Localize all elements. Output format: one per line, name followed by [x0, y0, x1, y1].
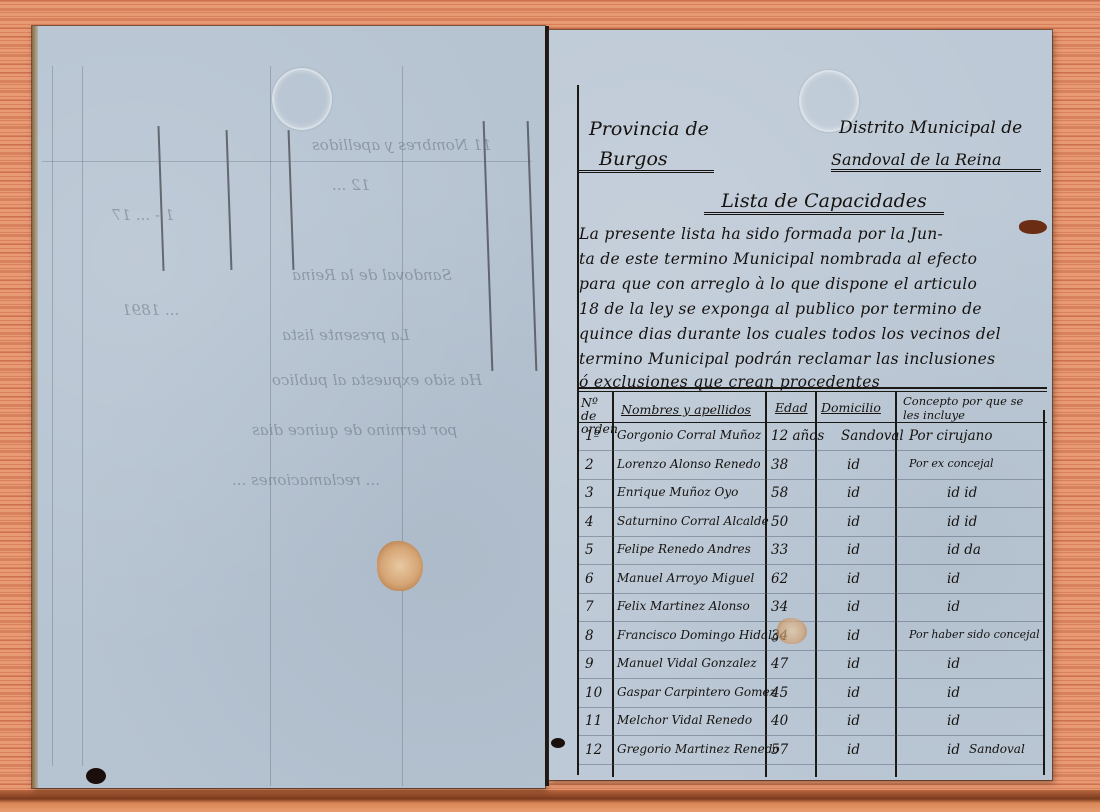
row-rule	[579, 564, 1043, 565]
row-rule	[579, 479, 1043, 480]
row-rule	[579, 593, 1043, 594]
embossed-seal-icon	[272, 68, 332, 130]
row-domicile: id	[847, 514, 860, 530]
wood-surface-edge	[0, 790, 1100, 812]
rust-stain	[777, 618, 807, 644]
province-name: Burgos	[579, 148, 714, 173]
row-domicile: id	[847, 599, 860, 615]
row-name: Gregorio Martinez Renedo	[617, 742, 780, 756]
row-rule	[579, 707, 1043, 708]
faint-rule	[42, 161, 532, 162]
pencil-rule	[52, 66, 53, 766]
row-rule	[579, 735, 1043, 736]
bleed-through-text: ... 1891	[122, 301, 179, 319]
header-age: Edad	[775, 400, 808, 415]
header-domicile: Domicilio	[821, 400, 881, 415]
bleed-through-text: 12 ...	[332, 176, 370, 194]
row-domicile: id	[847, 542, 860, 558]
bleed-through-text: La presente lista	[282, 326, 410, 344]
row-rule	[579, 536, 1043, 537]
row-age: 50	[771, 514, 788, 530]
row-number: 11	[585, 713, 602, 729]
bleed-through-text: Ha sido expuesta al publico	[272, 371, 482, 389]
row-age: 38	[771, 457, 788, 473]
row-concept: Por cirujano	[909, 428, 993, 444]
header-concept: Concepto por que se les incluye	[903, 394, 1038, 422]
bleed-through-text: 11 Nombres y apellidos	[312, 136, 492, 154]
row-concept: id	[947, 685, 960, 701]
row-domicile: id	[847, 713, 860, 729]
row-rule	[579, 764, 1043, 765]
row-domicile: id	[847, 457, 860, 473]
row-concept: Por haber sido concejal	[909, 628, 1040, 641]
row-number: 6	[585, 571, 594, 587]
row-name: Enrique Muñoz Oyo	[617, 485, 738, 499]
row-domicile: id	[847, 656, 860, 672]
row-domicile: id	[847, 685, 860, 701]
row-age: 33	[771, 542, 788, 558]
row-number: 2	[585, 457, 594, 473]
bleed-through-text: 1 - ... 17	[112, 206, 174, 224]
row-number: 7	[585, 599, 594, 615]
row-name: Gaspar Carpintero Gomez	[617, 685, 776, 699]
row-name: Saturnino Corral Alcalde	[617, 514, 769, 528]
paragraph-line: 18 de la ley se exponga al publico por t…	[579, 300, 982, 318]
left-page: 11 Nombres y apellidos 12 ... 1 - ... 17…	[32, 26, 545, 788]
row-number: 5	[585, 542, 594, 558]
row-age: 34	[771, 599, 788, 615]
row-number: 4	[585, 514, 594, 530]
header-bottom-rule	[577, 422, 1047, 423]
paragraph-line: ta de este termino Municipal nombrada al…	[579, 250, 977, 268]
row-name: Lorenzo Alonso Renedo	[617, 457, 761, 471]
header-name: Nombres y apellidos	[621, 402, 751, 417]
district-label: Distrito Municipal de	[839, 118, 1022, 138]
ink-rule	[288, 130, 295, 270]
row-number: 10	[585, 685, 602, 701]
row-age: 40	[771, 713, 788, 729]
row-name: Francisco Domingo Hidalgo	[617, 628, 787, 642]
paragraph-line: quince dias durante los cuales todos los…	[579, 325, 1001, 343]
row-number: 9	[585, 656, 594, 672]
row-age: 47	[771, 656, 788, 672]
page-edge-stain	[32, 26, 38, 788]
bleed-through-text: Sandoval de la Reina	[292, 266, 452, 284]
paragraph-line: termino Municipal podrán reclamar las in…	[579, 350, 995, 368]
ink-rule	[226, 130, 233, 270]
footer-signature: Sandoval	[969, 742, 1025, 756]
row-concept: id	[947, 656, 960, 672]
row-age: 62	[771, 571, 788, 587]
column-divider	[1043, 410, 1045, 775]
ink-rule	[157, 126, 164, 271]
bleed-through-text: por termino de quince dias	[252, 421, 457, 439]
ink-rule	[527, 121, 538, 371]
paragraph-line: La presente lista ha sido formada por la…	[579, 225, 943, 243]
row-concept: Por ex concejal	[909, 457, 994, 470]
paragraph-line: para que con arreglo à lo que dispone el…	[579, 275, 977, 293]
margin-rule	[577, 85, 579, 775]
row-name: Melchor Vidal Renedo	[617, 713, 752, 727]
row-age: 12 años	[771, 428, 824, 444]
document-title: Lista de Capacidades	[704, 190, 944, 215]
row-age: 57	[771, 742, 788, 758]
row-number: 12	[585, 742, 602, 758]
table-top-rule	[577, 387, 1047, 389]
row-name: Felipe Renedo Andres	[617, 542, 751, 556]
row-concept: id	[947, 742, 960, 758]
province-label: Provincia de	[589, 118, 709, 140]
row-age: 45	[771, 685, 788, 701]
row-rule	[579, 507, 1043, 508]
row-domicile: Sandoval	[841, 428, 904, 444]
water-stain	[377, 541, 423, 591]
row-number: 3	[585, 485, 594, 501]
row-number: 1º	[585, 428, 600, 444]
right-page: Provincia de Burgos Distrito Municipal d…	[549, 30, 1052, 780]
row-rule	[579, 650, 1043, 651]
row-domicile: id	[847, 571, 860, 587]
table-top-rule	[577, 391, 1047, 392]
row-concept: id id	[947, 514, 977, 530]
row-name: Manuel Vidal Gonzalez	[617, 656, 757, 670]
row-rule	[579, 678, 1043, 679]
row-concept: id da	[947, 542, 981, 558]
district-name: Sandoval de la Reina	[831, 150, 1041, 172]
row-age: 58	[771, 485, 788, 501]
bleed-through-text: ... reclamaciones ...	[232, 471, 380, 489]
row-number: 8	[585, 628, 594, 644]
ink-rule	[483, 121, 494, 371]
pencil-rule	[82, 66, 83, 766]
row-name: Manuel Arroyo Miguel	[617, 571, 754, 585]
row-rule	[579, 621, 1043, 622]
row-concept: id id	[947, 485, 977, 501]
row-domicile: id	[847, 742, 860, 758]
paper-hole	[86, 768, 106, 784]
row-domicile: id	[847, 628, 860, 644]
row-concept: id	[947, 599, 960, 615]
ink-blot	[1019, 220, 1047, 234]
row-rule	[579, 450, 1043, 451]
row-concept: id	[947, 571, 960, 587]
row-name: Felix Martinez Alonso	[617, 599, 750, 613]
row-name: Gorgonio Corral Muñoz	[617, 428, 761, 442]
row-concept: id	[947, 713, 960, 729]
paper-hole	[551, 738, 565, 748]
row-domicile: id	[847, 485, 860, 501]
